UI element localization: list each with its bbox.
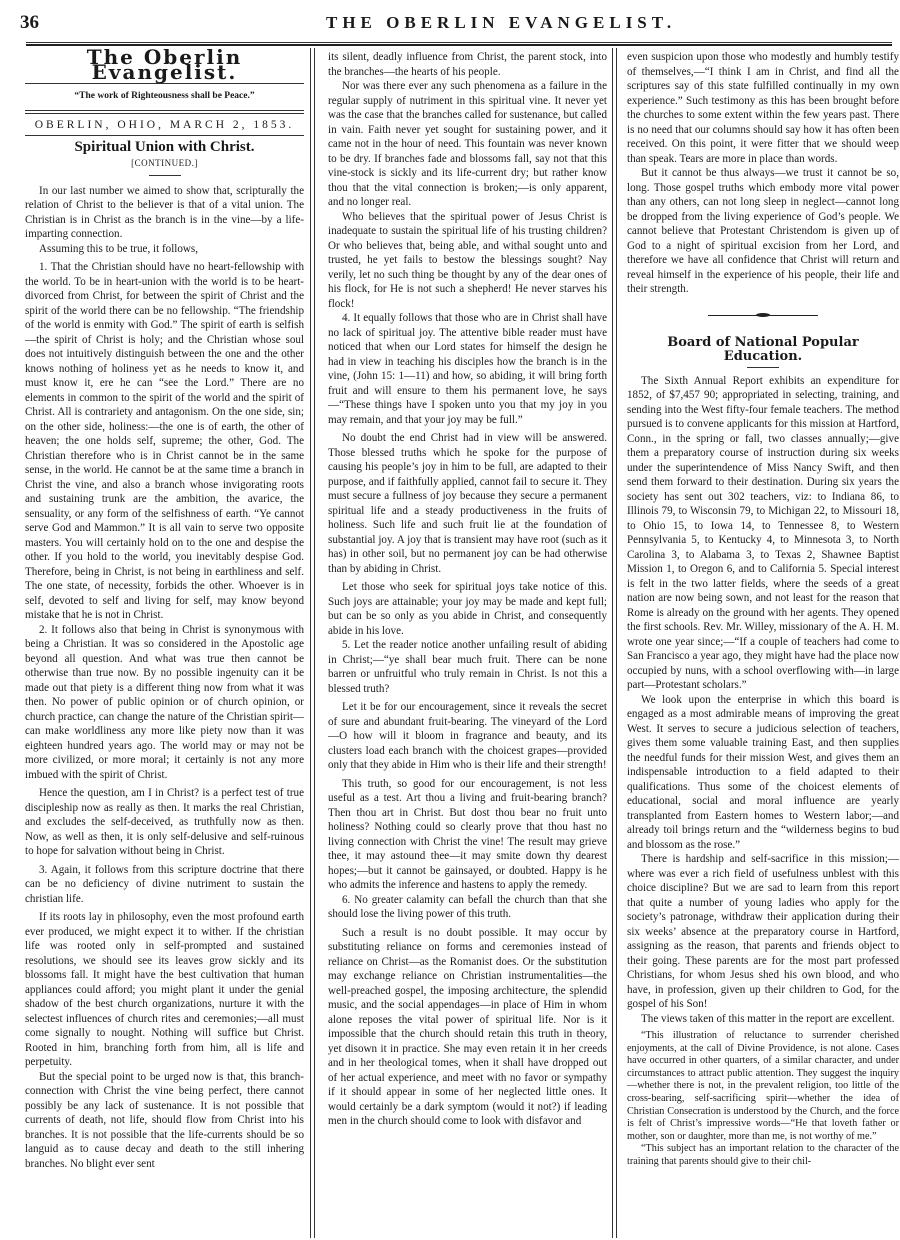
short-rule	[747, 367, 779, 368]
paragraph: its silent, deadly influence from Christ…	[328, 50, 607, 79]
paragraph: 3. Again, it follows from this scripture…	[25, 863, 304, 907]
paragraph: There is hardship and self-sacrifice in …	[627, 852, 899, 1012]
article-subtitle: [CONTINUED.]	[25, 156, 304, 171]
article-title: Spiritual Union with Christ.	[25, 139, 304, 156]
paragraph: This truth, so good for our encouragemen…	[328, 777, 607, 893]
paragraph: Such a result is no doubt possible. It m…	[328, 926, 607, 1129]
paragraph: But the special point to be urged now is…	[25, 1070, 304, 1172]
paragraph: If its roots lay in philosophy, even the…	[25, 910, 304, 1070]
paragraph: Let those who seek for spiritual joys ta…	[328, 580, 607, 638]
paragraph: 2. It follows also that being in Christ …	[25, 623, 304, 783]
column-divider	[310, 48, 315, 1238]
paragraph: The Sixth Annual Report exhibits an expe…	[627, 374, 899, 693]
short-rule	[149, 175, 181, 176]
paragraph: even suspicion upon those who modestly a…	[627, 50, 899, 166]
paragraph: 6. No greater calamity can befall the ch…	[328, 893, 607, 922]
masthead-title: The Oberlin Evangelist.	[25, 48, 304, 84]
masthead-motto: “The work of Righteousness shall be Peac…	[25, 84, 304, 111]
paragraph: We look upon the enterprise in which thi…	[627, 693, 899, 853]
page-header: 36 THE OBERLIN EVANGELIST.	[0, 0, 900, 40]
quoted-paragraph: “This illustration of reluctance to surr…	[627, 1030, 899, 1143]
page-number: 36	[20, 12, 39, 34]
paragraph: 1. That the Christian should have no hea…	[25, 260, 304, 623]
ornament-divider	[708, 315, 818, 318]
paragraph: Who believes that the spiritual power of…	[328, 210, 607, 312]
quoted-paragraph: “This subject has an important relation …	[627, 1143, 899, 1168]
paragraph: Hence the question, am I in Christ? is a…	[25, 786, 304, 859]
running-head: THE OBERLIN EVANGELIST.	[326, 13, 676, 33]
paragraph: In our last number we aimed to show that…	[25, 184, 304, 242]
paragraph: 5. Let the reader notice another unfaili…	[328, 638, 607, 696]
paragraph: Assuming this to be true, it follows,	[25, 242, 304, 257]
article-title: Board of National Popular Education.	[627, 336, 899, 365]
paragraph: Let it be for our encouragement, since i…	[328, 700, 607, 773]
paragraph: Nor was there ever any such phenomena as…	[328, 79, 607, 210]
paragraph: 4. It equally follows that those who are…	[328, 311, 607, 427]
column-1: The Oberlin Evangelist. “The work of Rig…	[25, 48, 304, 1171]
column-3: even suspicion upon those who modestly a…	[627, 50, 899, 1169]
column-2: its silent, deadly influence from Christ…	[328, 50, 607, 1129]
paragraph: The views taken of this matter in the re…	[627, 1012, 899, 1027]
column-divider	[612, 48, 617, 1238]
paragraph: No doubt the end Christ had in view will…	[328, 431, 607, 576]
paragraph: But it cannot be thus always—we trust it…	[627, 166, 899, 297]
dateline: OBERLIN, OHIO, MARCH 2, 1853.	[25, 113, 304, 137]
